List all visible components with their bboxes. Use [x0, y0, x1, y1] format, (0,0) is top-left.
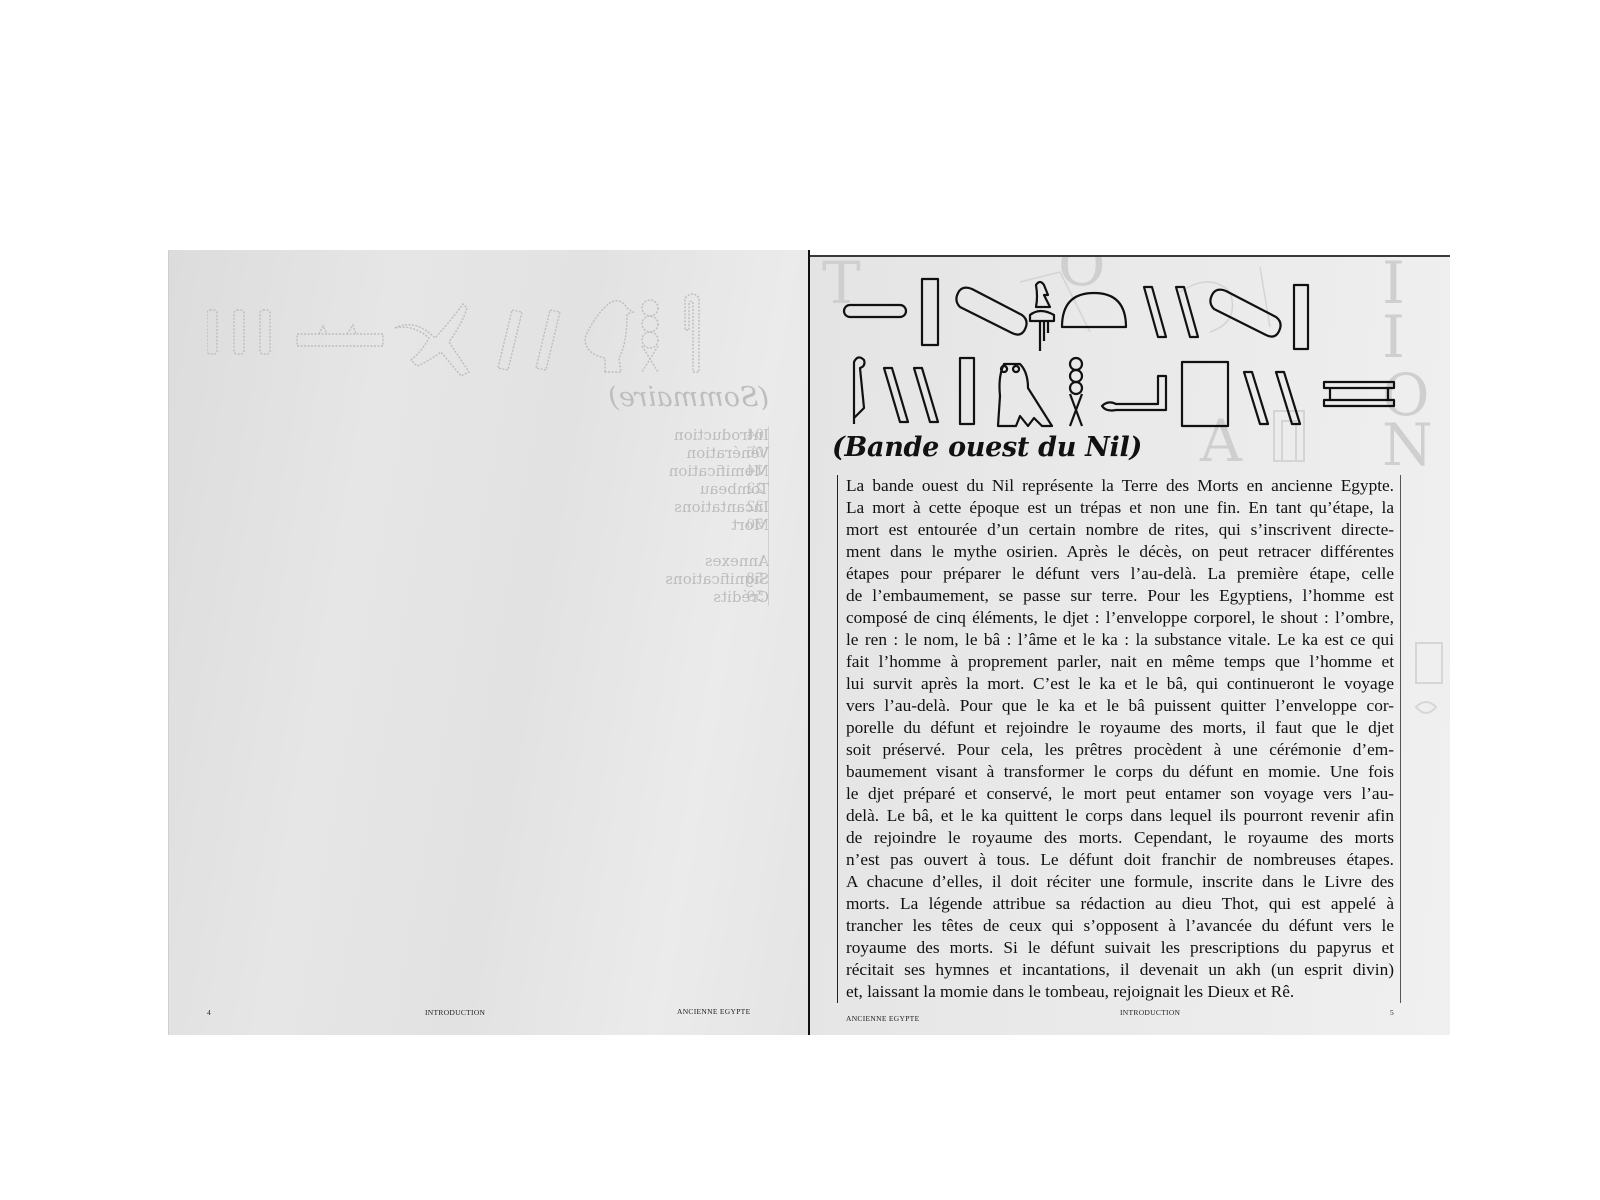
horizontal-bar-icon: [844, 305, 906, 317]
vertical-bar-icon: [1294, 285, 1308, 349]
body-line: de rejoindre le royaume des morts. Cepen…: [846, 827, 1394, 849]
slant-stroke-icon: [1176, 287, 1198, 337]
body-line: de l’embaumement, se passe sur terre. Po…: [846, 585, 1394, 607]
toc-item: Crédits: [665, 588, 769, 606]
toc-item: Mort: [665, 516, 769, 534]
body-text-frame: La bande ouest du Nil représente la Terr…: [837, 475, 1401, 1003]
body-line: porelle du défunt et rejoindre le royaum…: [846, 717, 1394, 739]
slanted-loaf-icon: [956, 288, 1026, 335]
body-line: baumement visant à transformer le corps …: [846, 761, 1394, 783]
body-line: le djet préparé et conservé, le mort peu…: [846, 783, 1394, 805]
toc-title: (Sommaire): [608, 382, 769, 413]
book-spread: 04 06 14 22 32 50 58 59 (Sommaire) Intro…: [0, 0, 1600, 1200]
body-line: delà. Le bâ, et le ka quittent le corps …: [846, 805, 1394, 827]
toc-item: Significations: [665, 570, 769, 588]
bird-flying-icon: [395, 304, 469, 376]
body-line: récitait ses hymnes et incantations, il …: [846, 959, 1394, 981]
right-page: T I I O O N A: [810, 255, 1450, 1035]
body-line: trancher les têtes de ceux qui s’opposen…: [846, 915, 1394, 937]
body-line: composé de cinq éléments, le djet : l’en…: [846, 607, 1394, 629]
slant-stroke-icon: [1244, 372, 1268, 424]
toc-item: Incantations: [665, 498, 769, 516]
right-running-title: ANCIENNE EGYPTE: [846, 1014, 919, 1023]
vulture-on-staff-icon: [1030, 282, 1054, 351]
section-title: (Bande ouest du Nil): [832, 432, 1142, 463]
body-line: n’est pas ouvert à tous. Le défunt doit …: [846, 849, 1394, 871]
slant-stroke-icon: [914, 368, 938, 422]
right-running-section: INTRODUCTION: [1120, 1008, 1180, 1017]
body-line: La bande ouest du Nil représente la Terr…: [846, 475, 1394, 497]
body-line: fait l’homme à proprement parler, nait e…: [846, 651, 1394, 673]
bed-frame-icon: [297, 325, 383, 346]
slant-stroke-icon: [536, 310, 560, 370]
right-page-number: 5: [1390, 1008, 1394, 1017]
left-page: 04 06 14 22 32 50 58 59 (Sommaire) Intro…: [168, 250, 809, 1035]
toc-item: Annexes: [665, 552, 769, 570]
stacked-circles-figure-icon: [1070, 358, 1082, 426]
half-dome-icon: [1062, 293, 1126, 327]
toc-list: Introduction Vénération Momification Tom…: [665, 426, 769, 606]
body-line: vers l’au-delà. Pour que le ka et le bâ …: [846, 695, 1394, 717]
reed-leaf-icon: [854, 357, 865, 424]
body-line: le ren : le nom, le bâ : l’âme et le ka …: [846, 629, 1394, 651]
body-line: soit préservé. Pour cela, les prêtres pr…: [846, 739, 1394, 761]
body-paragraph: La bande ouest du Nil représente la Terr…: [846, 475, 1394, 1003]
toc-item: Momification: [665, 462, 769, 480]
left-running-section: INTRODUCTION: [425, 1008, 485, 1017]
left-running-title: ANCIENNE EGYPTE: [677, 1007, 750, 1016]
body-line: mort est entourée d’un certain nombre de…: [846, 519, 1394, 541]
slant-stroke-icon: [498, 310, 522, 370]
bed-frame-icon: [1324, 382, 1394, 406]
vulture-icon: [585, 301, 633, 372]
vertical-bar-icon: [260, 310, 270, 354]
body-line: étapes pour préparer le défunt vers l’au…: [846, 563, 1394, 585]
mirrored-table-of-contents: 04 06 14 22 32 50 58 59 (Sommaire) Intro…: [189, 382, 769, 612]
vertical-bar-icon: [234, 310, 244, 354]
body-line: La mort à cette époque est un trépas et …: [846, 497, 1394, 519]
body-line: A chacune d’elles, il doit réciter une f…: [846, 871, 1394, 893]
mirrored-hieroglyph-row: [207, 288, 767, 378]
vertical-bar-icon: [922, 279, 938, 345]
body-line: et, laissant la momie dans le tombeau, r…: [846, 981, 1394, 1003]
toc-item: Tombeau: [665, 480, 769, 498]
hieroglyph-row-2: [840, 352, 1400, 432]
slant-stroke-icon: [1276, 372, 1300, 424]
body-line: ment dans le mythe osirien. Après le déc…: [846, 541, 1394, 563]
slanted-loaf-icon: [1210, 290, 1280, 337]
owl-icon: [998, 364, 1052, 426]
slant-stroke-icon: [1144, 287, 1166, 337]
vertical-bar-icon: [207, 310, 217, 354]
body-line: royaume des morts. Si le défunt suivait …: [846, 937, 1394, 959]
vertical-bar-icon: [960, 358, 974, 424]
slant-stroke-icon: [884, 368, 908, 422]
hieroglyph-row-1: [840, 275, 1400, 355]
left-page-number: 4: [207, 1008, 211, 1017]
body-line: lui survit après la mort. C’est le ka et…: [846, 673, 1394, 695]
body-line: morts. La légende attribue sa rédaction …: [846, 893, 1394, 915]
toc-item: Introduction: [665, 426, 769, 444]
square-icon: [1182, 362, 1228, 426]
arm-icon: [1102, 376, 1166, 411]
stacked-circles-figure-icon: [642, 300, 658, 372]
toc-item: Vénération: [665, 444, 769, 462]
reed-leaf-icon: [685, 294, 699, 372]
